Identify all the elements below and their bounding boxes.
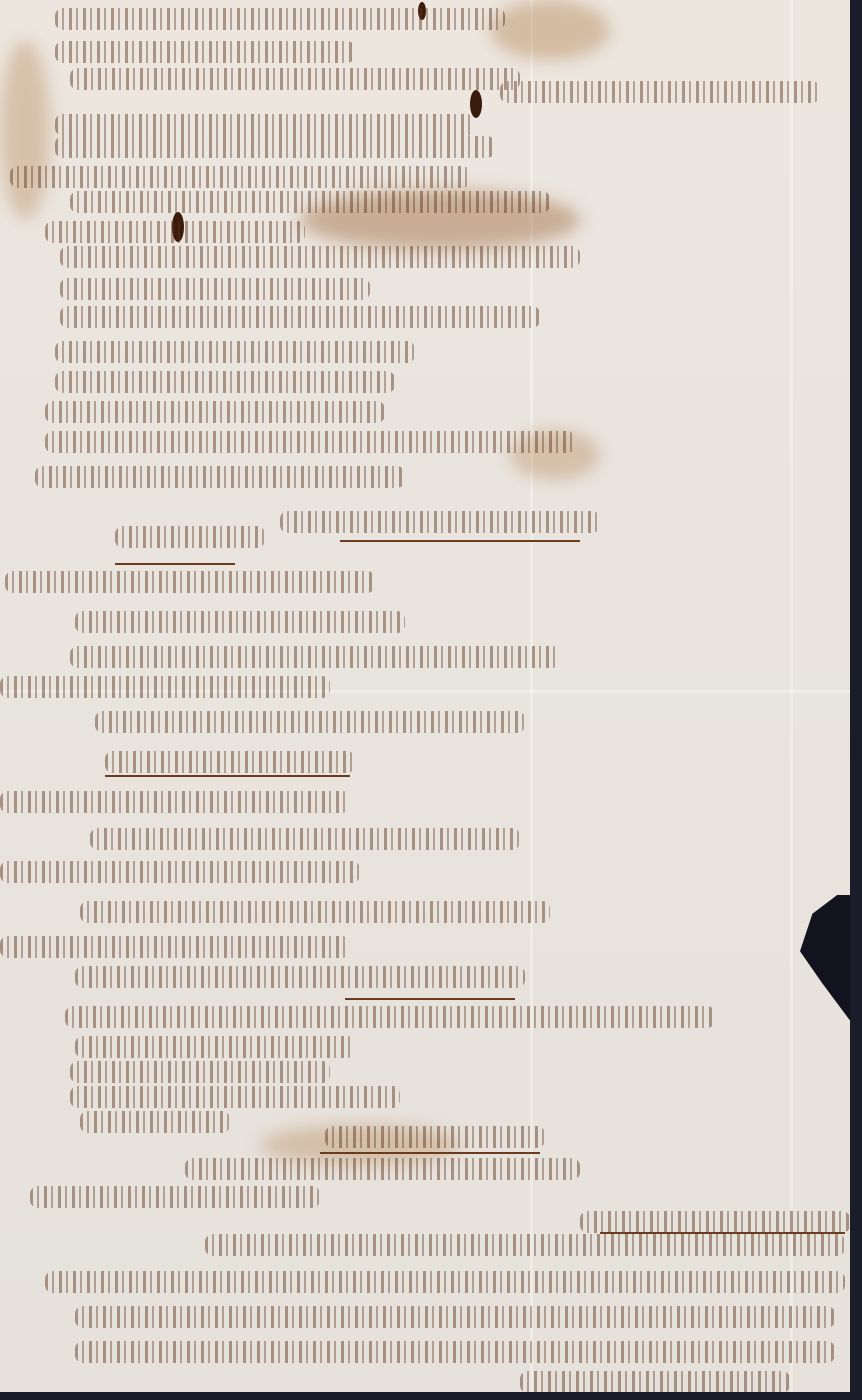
- text-line: [35, 460, 405, 494]
- text-line: [65, 1000, 715, 1034]
- text-line: [70, 62, 520, 96]
- text-line: [0, 670, 330, 704]
- text-line: [75, 1335, 835, 1369]
- text-line: [280, 505, 600, 539]
- underline: [105, 775, 350, 777]
- text-line: [70, 185, 550, 219]
- fold-line: [790, 0, 793, 1392]
- text-line: [55, 2, 505, 36]
- text-line: [75, 605, 405, 639]
- background-strip: [0, 1392, 862, 1400]
- text-line: [60, 240, 580, 274]
- manuscript-page: [0, 0, 850, 1392]
- text-line: [55, 335, 415, 369]
- text-line: [45, 425, 575, 459]
- text-line: [0, 930, 350, 964]
- text-line: [75, 960, 525, 994]
- text-line: [30, 1180, 320, 1214]
- text-line: [500, 75, 820, 109]
- text-line: [55, 365, 395, 399]
- text-line: [80, 895, 550, 929]
- text-line: [5, 565, 375, 599]
- text-line: [95, 705, 525, 739]
- text-line: [45, 1265, 845, 1299]
- text-line: [0, 785, 350, 819]
- text-line: [80, 1105, 230, 1139]
- text-line: [0, 855, 360, 889]
- text-line: [325, 1120, 545, 1154]
- text-line: [55, 130, 495, 164]
- text-line: [45, 395, 385, 429]
- text-line: [205, 1228, 845, 1262]
- underline: [340, 540, 580, 542]
- section-heading: [105, 745, 355, 779]
- text-line: [60, 300, 540, 334]
- background-strip: [850, 0, 862, 1400]
- water-stain: [490, 0, 610, 60]
- section-heading: [115, 520, 265, 554]
- text-line: [70, 640, 560, 674]
- text-line: [90, 822, 520, 856]
- text-line: [75, 1300, 835, 1334]
